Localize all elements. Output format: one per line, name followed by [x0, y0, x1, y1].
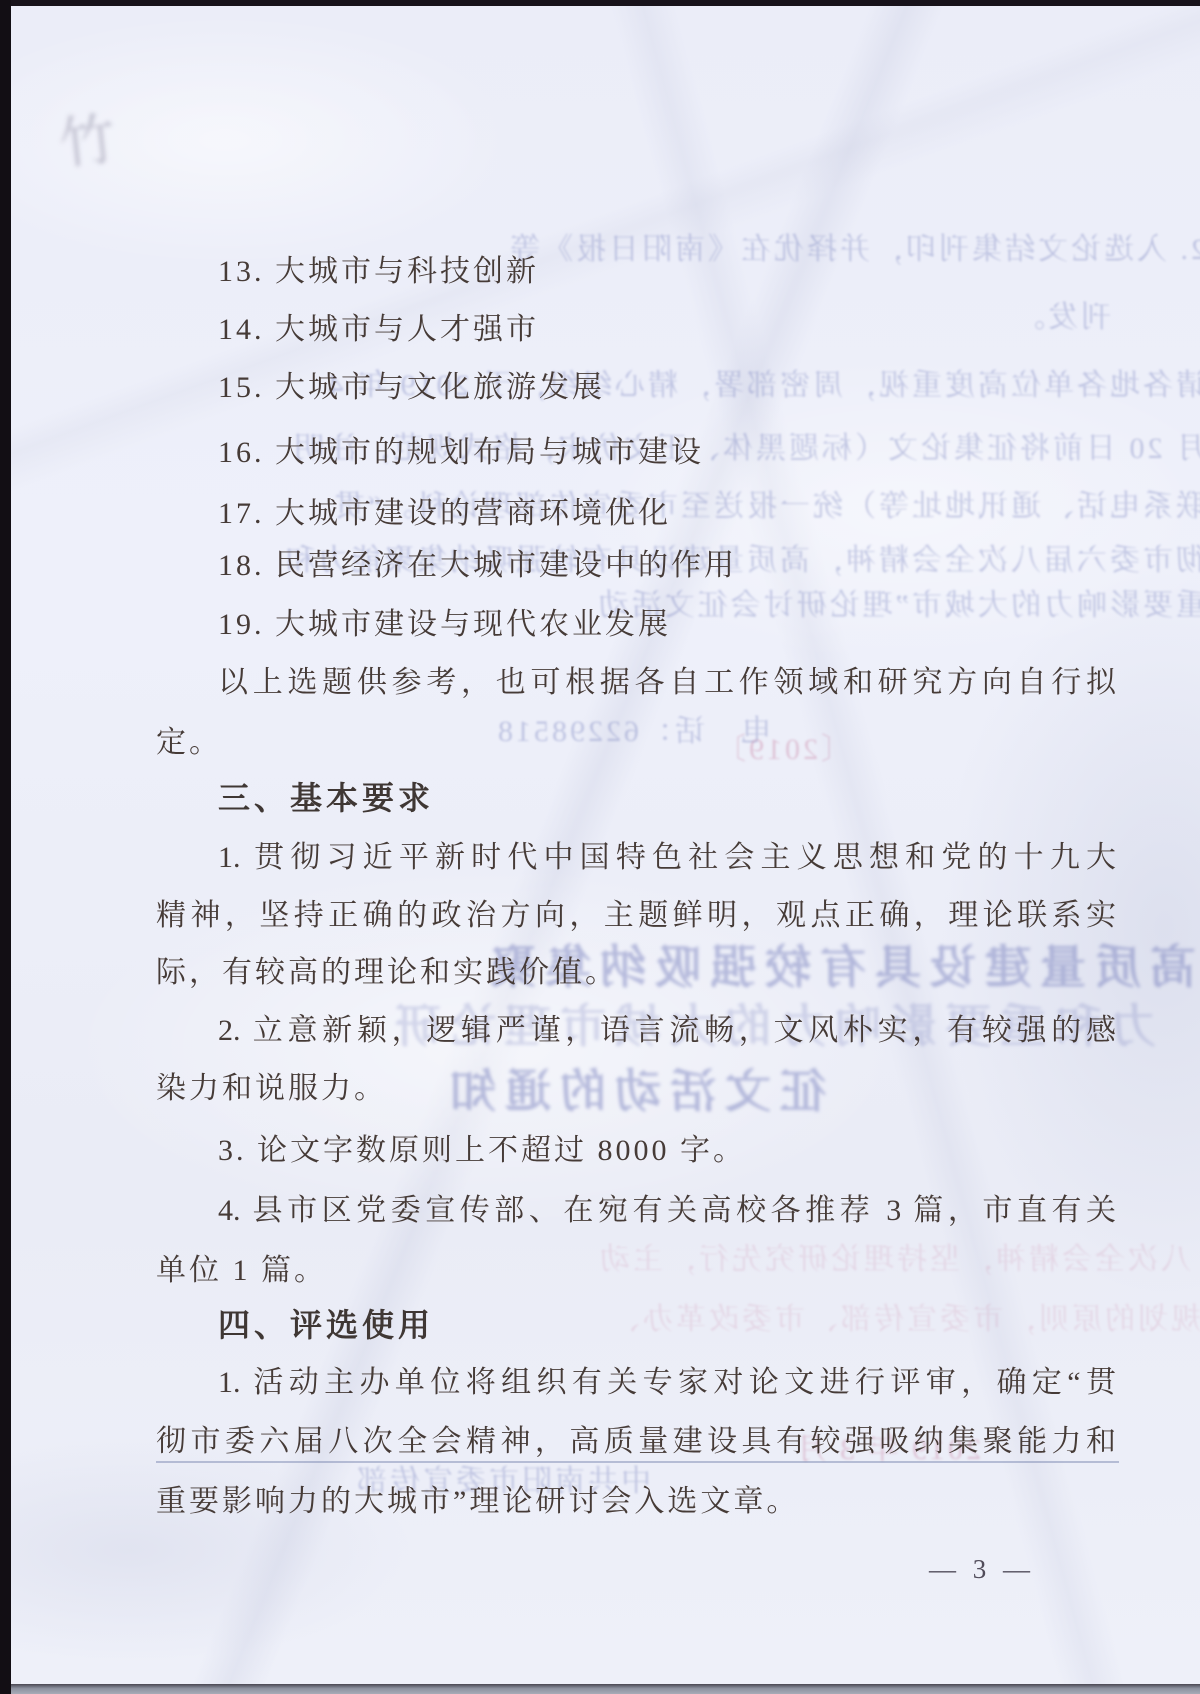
paragraph-line: 以上选题供参考，也可根据各自工作领域和研究方向自行拟 — [218, 664, 1116, 702]
page-number: — 3 — — [929, 1554, 1035, 1585]
bleedthrough-title-line: 征文活动的通知 — [396, 1064, 826, 1119]
section-heading-4: 四、评选使用 — [218, 1306, 434, 1344]
body-line: 3. 论文字数原则上不超过 8000 字。 — [218, 1132, 746, 1170]
bleedthrough-line: 规划的原则，市委宣传部、市委改革办、 — [441, 1302, 1200, 1338]
body-line: 精神，坚持正确的政治方向，主题鲜明，观点正确，理论联系实 — [156, 897, 1116, 935]
body-line: 2. 立意新颖，逻辑严谨，语言流畅，文风朴实，有较强的感 — [218, 1012, 1116, 1050]
topic-item: 16. 大城市的规划布局与城市建设 — [218, 434, 704, 472]
paragraph-line: 定。 — [156, 724, 222, 762]
scan-edge-bottom — [11, 1684, 1200, 1694]
scan-edge-top — [0, 0, 1200, 6]
topic-item: 18. 民营经济在大城市建设中的作用 — [218, 547, 737, 585]
bleedthrough-line: 刊发。 — [996, 300, 1111, 336]
body-line: 重要影响力的大城市”理论研讨会入选文章。 — [156, 1483, 799, 1521]
bleedthrough-line: 〔2019〕 — [611, 732, 851, 768]
topic-item: 15. 大城市与文化旅游发展 — [218, 369, 605, 407]
section-heading-3: 三、基本要求 — [218, 779, 434, 817]
scan-crease-line — [156, 1461, 1119, 1463]
body-line: 1. 活动主办单位将组织有关专家对论文进行评审，确定“贯 — [218, 1364, 1116, 1402]
body-line: 际，有较高的理论和实践价值。 — [156, 954, 618, 992]
topic-item: 19. 大城市建设与现代农业发展 — [218, 606, 671, 644]
topic-item: 13. 大城市与科技创新 — [218, 253, 539, 291]
scanned-document-page: 2. 入选论文结集刊印，并择优在《南阳日报》等 刊发。 请各地各单位高度重视，周… — [0, 0, 1200, 1694]
body-line: 4. 县市区党委宣传部、在宛有关高校各推荐 3 篇，市直有关 — [218, 1192, 1116, 1230]
body-line: 1. 贯彻习近平新时代中国特色社会主义思想和党的十九大 — [218, 839, 1116, 877]
scan-edge-left — [0, 0, 11, 1694]
topic-item: 17. 大城市建设的营商环境优化 — [218, 495, 671, 533]
body-line: 彻市委六届八次全会精神，高质量建设具有较强吸纳集聚能力和 — [156, 1423, 1116, 1461]
pencil-smudge: 竹 — [55, 95, 119, 180]
body-line: 单位 1 篇。 — [156, 1252, 327, 1290]
paper-sheet: 2. 入选论文结集刊印，并择优在《南阳日报》等 刊发。 请各地各单位高度重视，周… — [11, 6, 1200, 1684]
bleedthrough-line: 八次全会精神，坚持理论研究先行，主动 — [341, 1242, 1191, 1278]
body-line: 染力和说服力。 — [156, 1070, 387, 1108]
topic-item: 14. 大城市与人才强市 — [218, 311, 539, 349]
